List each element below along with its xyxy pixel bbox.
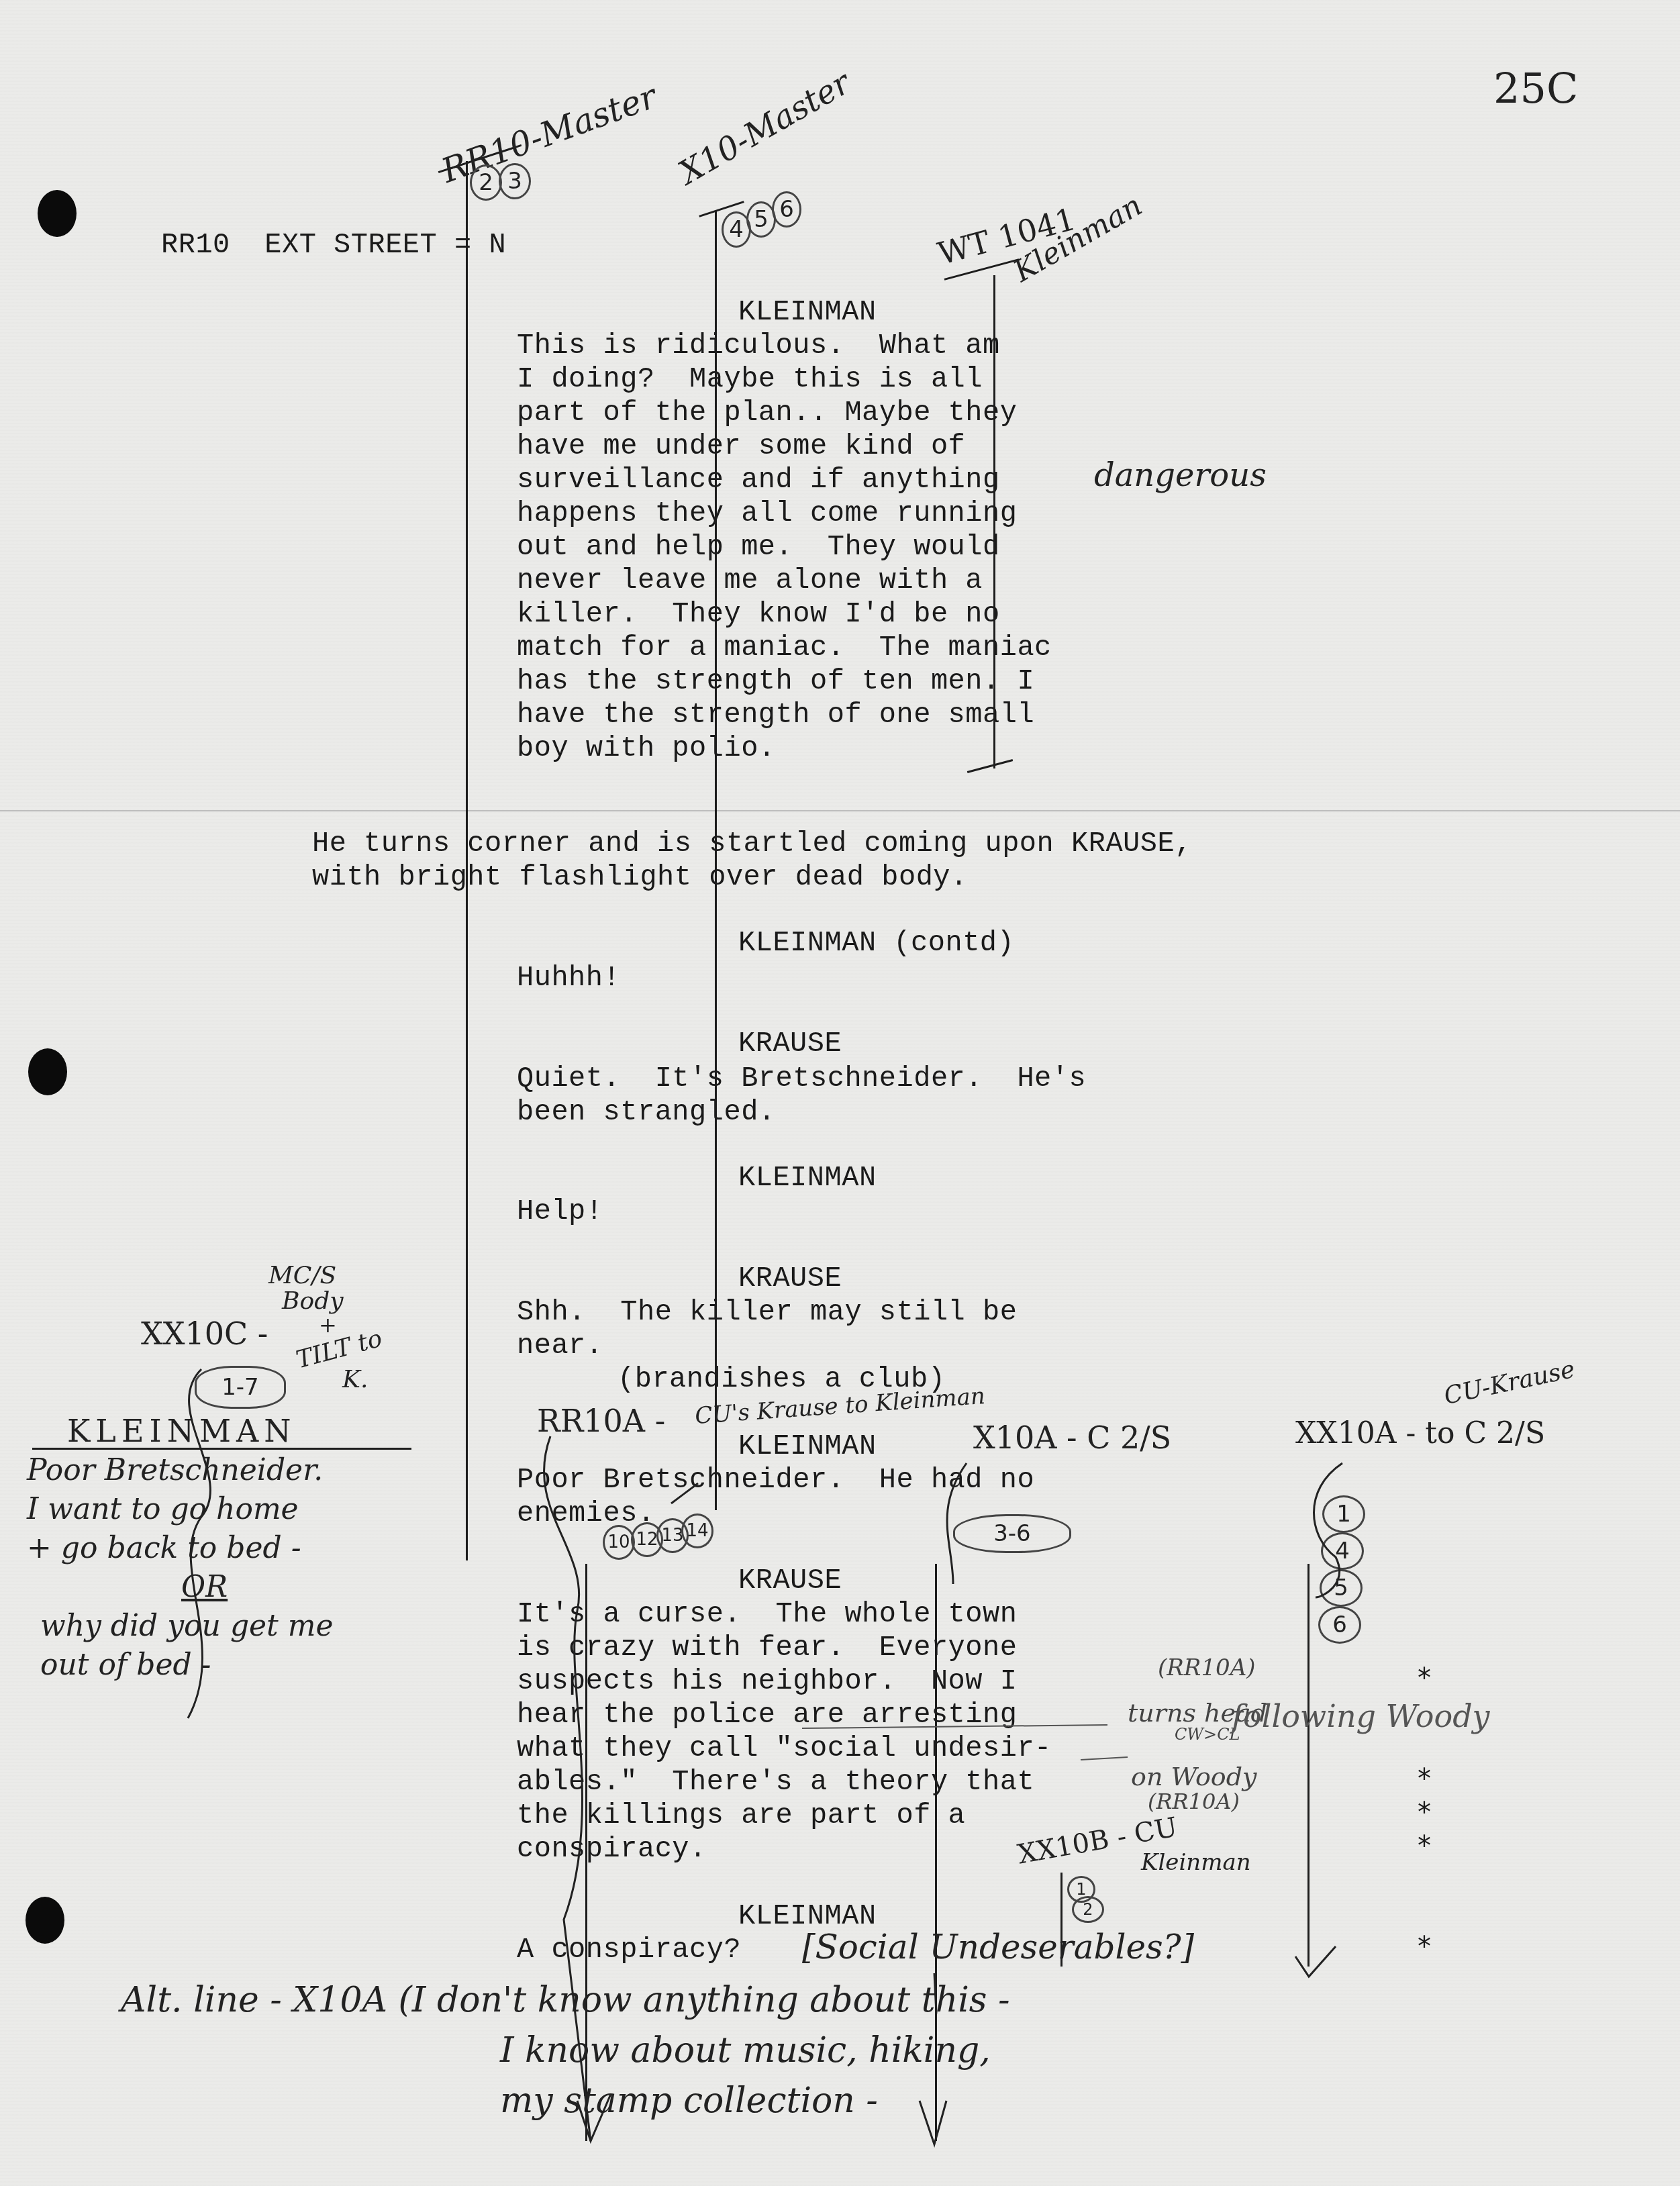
ink-strokes: [0, 0, 1680, 2186]
script-page: 25C RR10 EXT STREET = N KLEINMAN This is…: [0, 0, 1680, 2186]
